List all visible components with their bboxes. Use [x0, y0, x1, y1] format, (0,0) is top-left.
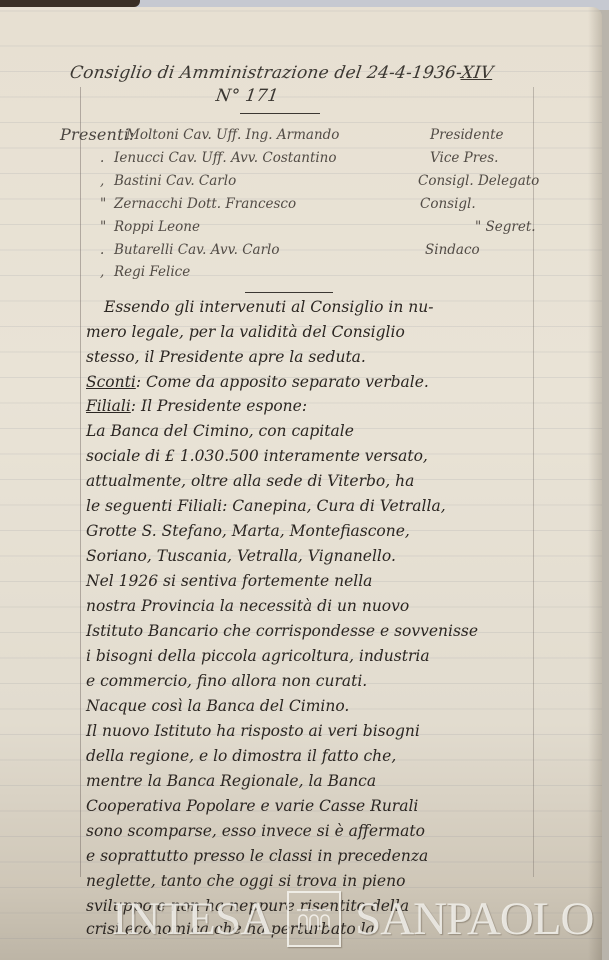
present-label: Presenti:: [60, 125, 135, 144]
separator-rule: [245, 292, 333, 293]
attendee-role: " Segret.: [475, 219, 536, 235]
body-line: Filiali: Il Presidente espone:: [86, 397, 307, 415]
body-line: e soprattutto presso le classi in preced…: [86, 847, 428, 865]
attendee-row: ,Bastini Cav. Carlo: [100, 173, 236, 189]
body-line: La Banca del Cimino, con capitale: [86, 422, 354, 440]
title-era: XIV: [460, 63, 495, 83]
body-line: Soriano, Tuscania, Vetralla, Vignanello.: [86, 547, 396, 565]
separator-rule: [240, 113, 320, 114]
attendee-role: Consigl.: [420, 196, 476, 212]
attendee-row: Moltoni Cav. Uff. Ing. Armando: [126, 127, 339, 143]
body-line: e commercio, fino allora non curati.: [86, 672, 367, 690]
minutes-title: Consiglio di Amministrazione del 24-4-19…: [69, 63, 495, 83]
body-line: Istituto Bancario che corrispondesse e s…: [86, 622, 478, 640]
watermark-left-text: INTESA: [112, 892, 273, 946]
body-line: mero legale, per la validità del Consigl…: [86, 323, 405, 341]
body-line: nostra Provincia la necessità di un nuov…: [86, 597, 409, 615]
book-edge: [0, 0, 140, 7]
body-line: neglette, tanto che oggi si trova in pie…: [86, 872, 405, 890]
attendee-role: Sindaco: [425, 242, 480, 258]
body-line: Essendo gli intervenuti al Consiglio in …: [104, 298, 433, 316]
body-line: Nacque così la Banca del Cimino.: [86, 697, 349, 715]
attendee-row: "Roppi Leone: [100, 219, 200, 235]
attendee-row: .Butarelli Cav. Avv. Carlo: [100, 242, 279, 258]
title-text: Consiglio di Amministrazione del 24-4-19…: [69, 63, 463, 83]
intesa-sanpaolo-watermark: INTESA SANPAOLO: [112, 893, 593, 945]
minutes-number: N° 171: [215, 86, 280, 106]
arches-logo-icon: [287, 891, 341, 947]
body-line: sono scomparse, esso invece si è afferma…: [86, 822, 425, 840]
body-line: stesso, il Presidente apre la seduta.: [86, 348, 366, 366]
watermark-right-text: SANPAOLO: [355, 892, 593, 946]
attendee-role: Consigl. Delegato: [418, 173, 539, 189]
section-label-filiali: Filiali: [86, 397, 131, 415]
section-label-sconti: Sconti: [86, 373, 136, 391]
body-line: Grotte S. Stefano, Marta, Montefiascone,: [86, 522, 410, 540]
body-line: Nel 1926 si sentiva fortemente nella: [86, 572, 372, 590]
body-line: Il nuovo Istituto ha risposto ai veri bi…: [86, 722, 420, 740]
body-line: attualmente, oltre alla sede di Viterbo,…: [86, 472, 414, 490]
body-line: Cooperativa Popolare e varie Casse Rural…: [86, 797, 418, 815]
attendee-row: .Ienucci Cav. Uff. Avv. Costantino: [100, 150, 337, 166]
ledger-page: Consiglio di Amministrazione del 24-4-19…: [0, 7, 602, 960]
attendee-role: Vice Pres.: [430, 150, 498, 166]
body-line: sociale di £ 1.030.500 interamente versa…: [86, 447, 428, 465]
attendee-role: Presidente: [430, 127, 504, 143]
attendee-row: "Zernacchi Dott. Francesco: [100, 196, 296, 212]
body-line: mentre la Banca Regionale, la Banca: [86, 772, 376, 790]
right-margin-line: [533, 87, 534, 877]
body-line: le seguenti Filiali: Canepina, Cura di V…: [86, 497, 446, 515]
body-line: Sconti: Come da apposito separato verbal…: [86, 373, 429, 391]
left-margin-line: [80, 87, 81, 877]
body-line: i bisogni della piccola agricoltura, ind…: [86, 647, 430, 665]
body-line: della regione, e lo dimostra il fatto ch…: [86, 747, 396, 765]
attendee-row: ,Regi Felice: [100, 264, 190, 280]
